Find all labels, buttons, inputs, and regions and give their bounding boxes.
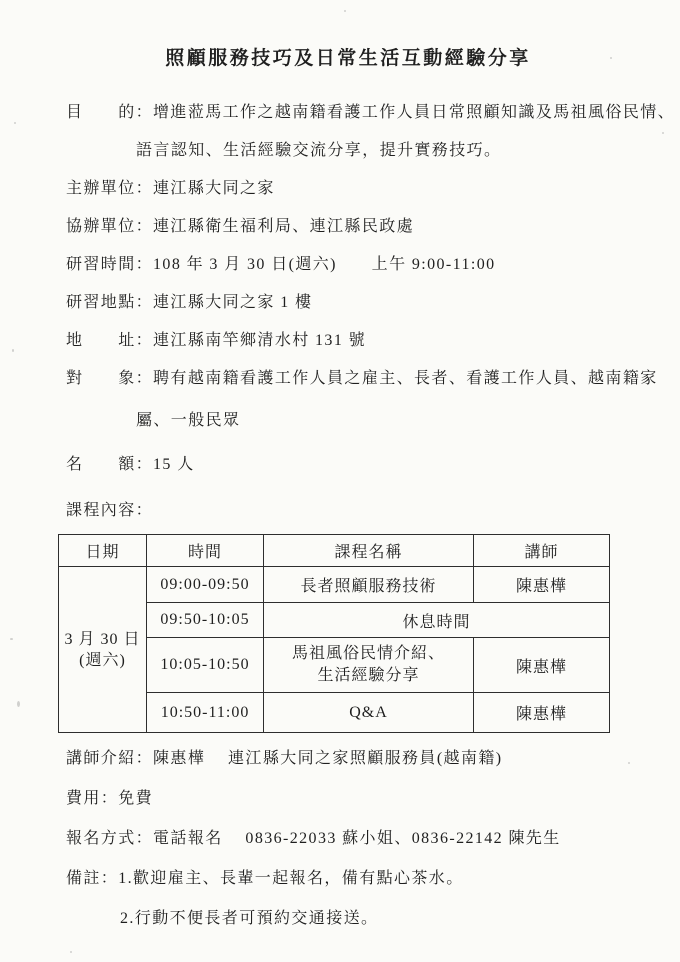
- address-label: 地 址：: [66, 332, 153, 349]
- organizer-line: 主辦單位：連江縣大同之家: [66, 170, 630, 208]
- session-place-value: 連江縣大同之家 1 樓: [153, 294, 312, 311]
- scan-speck: [17, 701, 20, 707]
- notes-label: 備註：: [66, 870, 118, 887]
- scan-speck: [662, 132, 664, 134]
- session-time-value: 108 年 3 月 30 日(週六) 上午 9:00-11:00: [153, 256, 495, 273]
- quota-line: 名 額：15 人: [66, 446, 630, 484]
- purpose-label: 目 的：: [66, 104, 153, 121]
- lecturer-intro-value: 陳惠樺 連江縣大同之家照顧服務員(越南籍): [153, 750, 502, 767]
- audience-text-1: 聘有越南籍看護工作人員之雇主、長者、看護工作人員、越南籍家: [153, 370, 658, 387]
- scan-speck: [610, 57, 612, 59]
- scan-speck: [14, 122, 16, 124]
- scan-speck: [628, 762, 630, 764]
- header-date: 日期: [59, 535, 147, 567]
- row3-course: 馬祖風俗民情介紹、 生活經驗分享: [264, 638, 474, 693]
- page-title: 照顧服務技巧及日常生活互動經驗分享: [66, 48, 630, 70]
- row2-time: 09:50-10:05: [147, 603, 264, 638]
- row3-lecturer: 陳惠樺: [474, 638, 610, 693]
- registration-line: 報名方式：電話報名 0836-22033 蘇小姐、0836-22142 陳先生: [66, 819, 630, 859]
- row1-course: 長者照顧服務技術: [264, 567, 474, 603]
- lecturer-intro-line: 講師介紹：陳惠樺 連江縣大同之家照顧服務員(越南籍): [66, 739, 630, 779]
- session-time-label: 研習時間：: [66, 256, 153, 273]
- audience-label: 對 象：: [66, 370, 153, 387]
- audience-line-2: 屬、一般民眾: [136, 402, 630, 440]
- header-lecturer: 講師: [474, 535, 610, 567]
- note-1: 1.歡迎雇主、長輩一起報名，備有點心茶水。: [118, 870, 463, 887]
- schedule-date-cell: 3 月 30 日 (週六): [59, 567, 147, 733]
- row1-lecturer: 陳惠樺: [474, 567, 610, 603]
- course-schedule-table: 日期 時間 課程名稱 講師 3 月 30 日 (週六) 09:00-09:50 …: [58, 534, 610, 733]
- scanned-document-page: 照顧服務技巧及日常生活互動經驗分享 目 的：增進蒞馬工作之越南籍看護工作人員日常…: [0, 0, 680, 939]
- footer-section: 講師介紹：陳惠樺 連江縣大同之家照顧服務員(越南籍) 費用：免費 報名方式：電話…: [66, 739, 630, 939]
- row3-time: 10:05-10:50: [147, 638, 264, 693]
- notes-line-2: 2.行動不便長者可預約交通接送。: [120, 899, 630, 939]
- organizer-label: 主辦單位：: [66, 180, 153, 197]
- row4-lecturer: 陳惠樺: [474, 693, 610, 733]
- lecturer-intro-label: 講師介紹：: [66, 750, 153, 767]
- co-organizer-line: 協辦單位：連江縣衛生福利局、連江縣民政處: [66, 208, 630, 246]
- scan-speck: [344, 10, 346, 12]
- schedule-header-row: 日期 時間 課程名稱 講師: [59, 535, 610, 567]
- co-organizer-label: 協辦單位：: [66, 218, 153, 235]
- fee-line: 費用：免費: [66, 779, 630, 819]
- scan-speck: [70, 951, 72, 953]
- session-place-label: 研習地點：: [66, 294, 153, 311]
- address-line: 地 址：連江縣南竿鄉清水村 131 號: [66, 322, 630, 360]
- audience-line-1: 對 象：聘有越南籍看護工作人員之雇主、長者、看護工作人員、越南籍家: [66, 360, 630, 398]
- registration-value: 電話報名 0836-22033 蘇小姐、0836-22142 陳先生: [153, 830, 561, 847]
- co-organizer-value: 連江縣衛生福利局、連江縣民政處: [153, 218, 414, 235]
- purpose-line-2: 語言認知、生活經驗交流分享，提升實務技巧。: [136, 132, 630, 170]
- quota-label: 名 額：: [66, 456, 153, 473]
- course-content-heading: 課程內容：: [66, 492, 630, 530]
- header-course: 課程名稱: [264, 535, 474, 567]
- address-value: 連江縣南竿鄉清水村 131 號: [153, 332, 366, 349]
- session-place-line: 研習地點：連江縣大同之家 1 樓: [66, 284, 630, 322]
- session-time-line: 研習時間：108 年 3 月 30 日(週六) 上午 9:00-11:00: [66, 246, 630, 284]
- header-time: 時間: [147, 535, 264, 567]
- fee-label: 費用：: [66, 790, 118, 807]
- purpose-text-1: 增進蒞馬工作之越南籍看護工作人員日常照顧知識及馬祖風俗民情、: [153, 104, 675, 121]
- scan-speck: [12, 349, 14, 352]
- fee-value: 免費: [118, 790, 153, 807]
- row1-time: 09:00-09:50: [147, 567, 264, 603]
- row4-time: 10:50-11:00: [147, 693, 264, 733]
- quota-value: 15 人: [153, 456, 195, 473]
- scan-speck: [10, 638, 13, 640]
- row2-course: 休息時間: [264, 603, 610, 638]
- registration-label: 報名方式：: [66, 830, 153, 847]
- notes-line-1: 備註：1.歡迎雇主、長輩一起報名，備有點心茶水。: [66, 859, 630, 899]
- table-row: 3 月 30 日 (週六) 09:00-09:50 長者照顧服務技術 陳惠樺: [59, 567, 610, 603]
- row4-course: Q&A: [264, 693, 474, 733]
- purpose-line-1: 目 的：增進蒞馬工作之越南籍看護工作人員日常照顧知識及馬祖風俗民情、: [66, 94, 630, 132]
- organizer-value: 連江縣大同之家: [153, 180, 275, 197]
